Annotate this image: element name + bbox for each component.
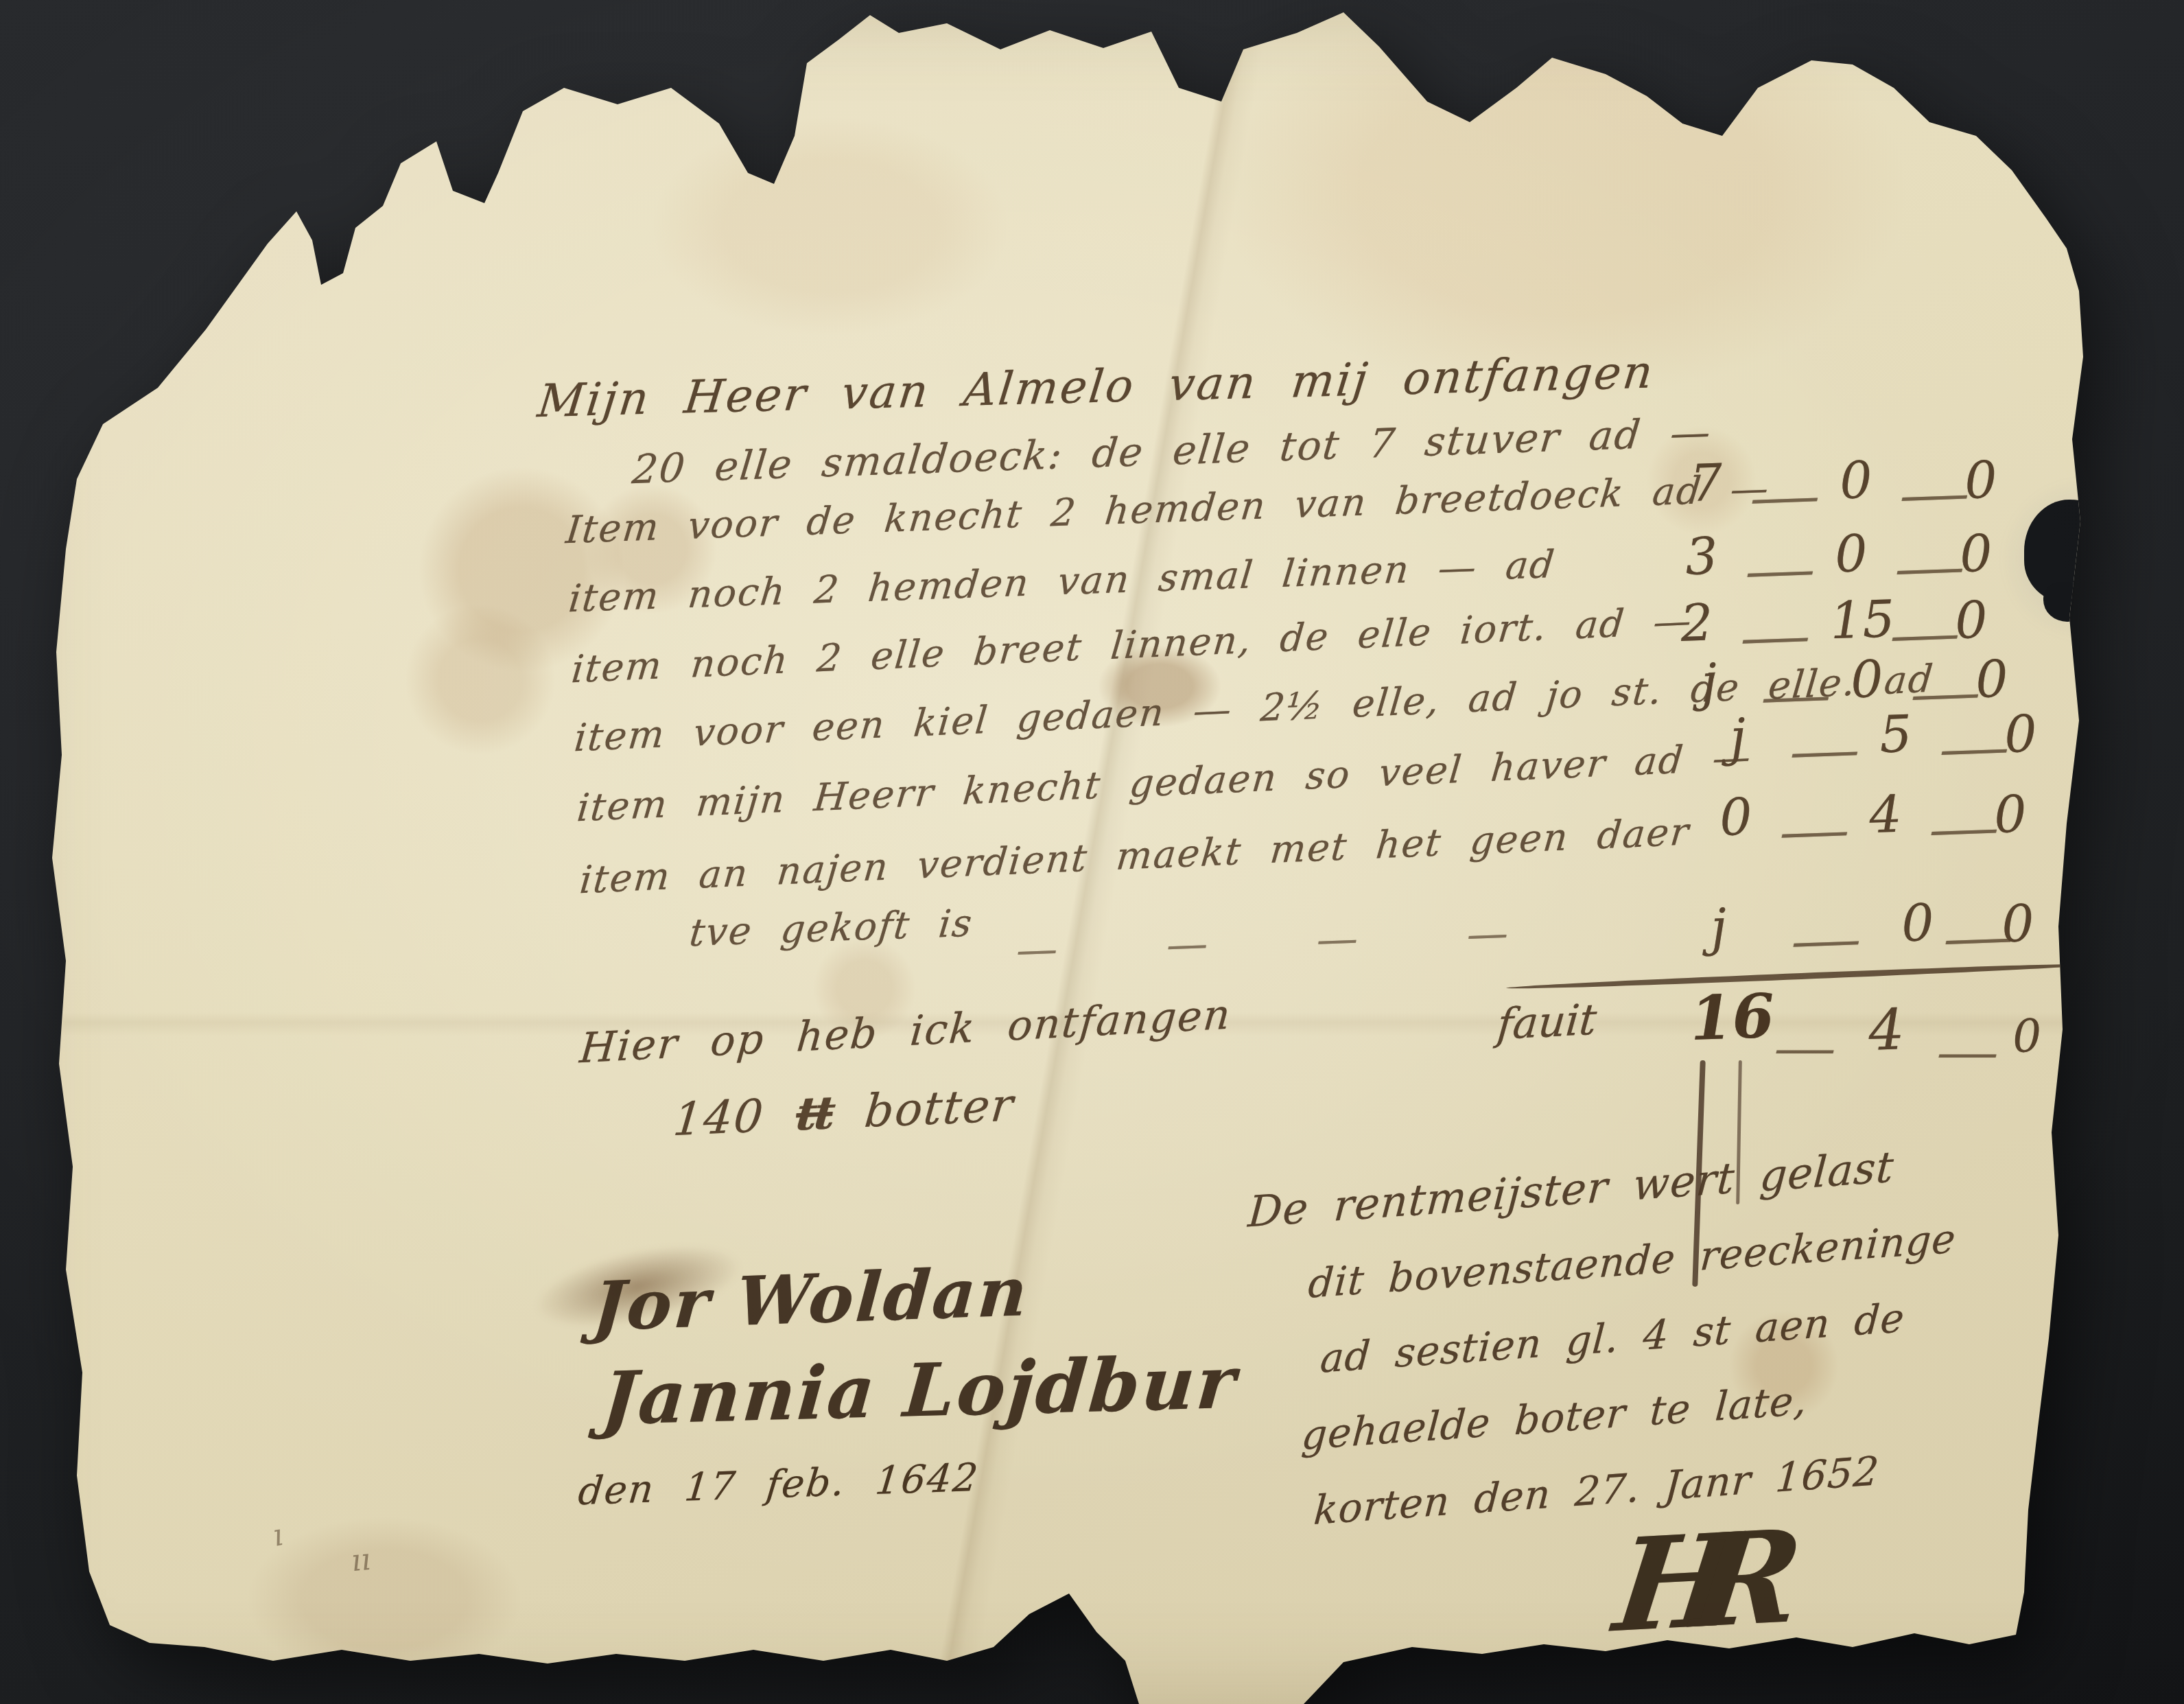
stray-mark: ıı: [350, 1542, 372, 1578]
total-guilders: 16: [1689, 985, 1775, 1049]
stuivers: 15: [1829, 594, 1896, 646]
pennies: 0: [1964, 454, 1998, 506]
pound-symbol: tt: [794, 1086, 835, 1141]
photograph-of-receipt: Mijn Heer van Almelo van mij ontfangen 2…: [0, 0, 2184, 1704]
dash: —: [1788, 724, 1861, 778]
amount-row: j — 5 — 0: [1729, 701, 2075, 795]
signature-2: Jannia Lojdbur: [600, 1346, 1241, 1435]
item-line: tve gekoft is: [688, 904, 975, 953]
dash: —: [1893, 541, 1966, 595]
guilders: j: [1700, 657, 1718, 708]
dash: —: [1774, 1024, 1836, 1072]
paper-hole-tendril: [2114, 529, 2164, 562]
total-label: fauit: [1496, 998, 1599, 1046]
received-amount: 140 tt botter: [672, 1082, 1017, 1143]
paper-hole-dot: [2098, 616, 2112, 629]
item-line: item an najen verdient maekt met het gee…: [578, 813, 1692, 899]
dash: —: [1927, 802, 2000, 856]
clerk-monogram: HR: [1609, 1515, 1766, 1650]
note-line: ad sestien gl. 4 st aen de: [1319, 1298, 1906, 1379]
pennies: 0: [2001, 898, 2035, 950]
received-line: Hier op heb ick ontfangen: [578, 994, 1233, 1069]
amount-row: 0 — 4 — 0: [1719, 781, 2065, 875]
guilders: 7: [1689, 457, 1724, 509]
note-line: gehaelde boter te late,: [1300, 1380, 1809, 1456]
stuivers: 4: [1868, 789, 1903, 841]
stuivers: 0: [1901, 898, 1935, 950]
dash: —: [1778, 804, 1851, 858]
butter-quantity: 140: [671, 1089, 766, 1146]
butter-word: botter: [862, 1078, 1017, 1138]
filler-dashes: — — — —: [1015, 913, 1509, 971]
dash: —: [1936, 1028, 1999, 1076]
signature-date: den 17 feb. 1642: [576, 1459, 981, 1512]
dash: —: [1898, 468, 1971, 522]
dash: —: [1743, 544, 1816, 597]
pennies: 0: [1959, 528, 1993, 580]
paper-shadow: Mijn Heer van Almelo van mij ontfangen 2…: [0, 0, 2184, 1704]
stuivers: 5: [1879, 709, 1913, 761]
pennies: 0: [1975, 653, 2009, 705]
paper-hole: [2094, 520, 2139, 559]
note-line: De rentmeijster wert gelast: [1247, 1145, 1896, 1233]
dash: —: [1748, 470, 1821, 524]
pennies: 0: [1993, 789, 2028, 841]
signature-1: Jor Woldan: [591, 1259, 1031, 1341]
guilders: 2: [1680, 597, 1714, 649]
torn-paper-sheet: Mijn Heer van Almelo van mij ontfangen 2…: [0, 0, 2184, 1704]
guilders: j: [1710, 902, 1728, 953]
stuivers: 0: [1850, 654, 1884, 706]
total-pennies: 0: [2012, 1014, 2042, 1060]
dash: —: [1789, 913, 1862, 967]
guilders: 0: [1719, 791, 1753, 843]
stuivers: 0: [1839, 455, 1873, 507]
stuivers: 0: [1834, 528, 1868, 581]
pennies: 0: [2004, 708, 2038, 760]
total-stuivers: 4: [1868, 1002, 1905, 1060]
pennies: 0: [1954, 594, 1988, 646]
guilders: j: [1729, 712, 1747, 763]
item-line: item noch 2 hemden van smal linnen — ad: [567, 546, 1557, 618]
note-line: korten den 27. Janr 1652: [1313, 1451, 1881, 1530]
note-line: dit bovenstaende reeckeninge: [1307, 1218, 1958, 1303]
dash: —: [1938, 722, 2010, 775]
guilders: 3: [1684, 530, 1719, 583]
stray-mark: ı: [270, 1517, 286, 1554]
receipt-header: Mijn Heer van Almelo van mij ontfangen: [535, 349, 1656, 424]
paper-hole: [2024, 500, 2127, 603]
